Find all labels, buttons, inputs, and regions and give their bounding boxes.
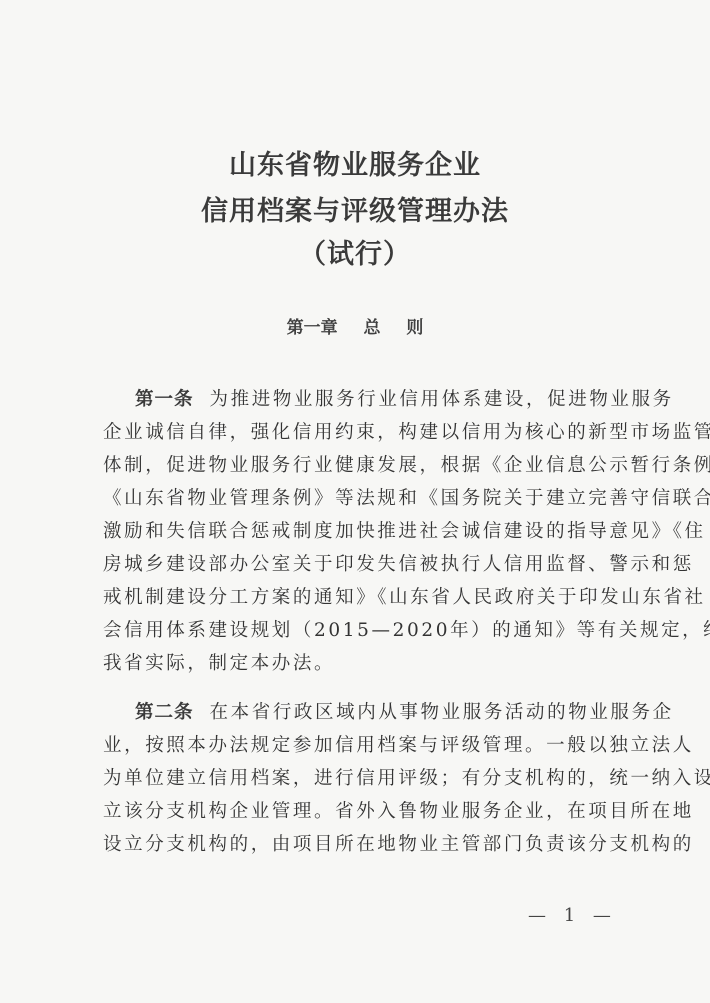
document-page: 山东省物业服务企业 信用档案与评级管理办法 （试行） 第一章 总 则 第一条为推… xyxy=(0,0,710,1003)
article-1-line-1: 第一条为推进物业服务行业信用体系建设，促进物业服务 xyxy=(135,385,655,415)
article-1-line-2: 企业诚信自律，强化信用约束，构建以信用为核心的新型市场监管 xyxy=(103,418,623,448)
article-1-line-7: 戒机制建设分工方案的通知》《山东省人民政府关于印发山东省社 xyxy=(103,583,623,613)
article-1-line-9: 我省实际，制定本办法。 xyxy=(103,649,623,679)
article-1-line-4: 《山东省物业管理条例》等法规和《国务院关于建立完善守信联合 xyxy=(103,484,623,514)
page-number: — 1 — xyxy=(528,905,617,926)
article-1-line-3: 体制，促进物业服务行业健康发展，根据《企业信息公示暂行条例》 xyxy=(103,451,623,481)
chapter-name-part-1: 总 xyxy=(364,318,381,338)
article-2-line-4: 立该分支机构企业管理。省外入鲁物业服务企业，在项目所在地 xyxy=(103,797,623,827)
chapter-heading: 第一章 总 则 xyxy=(0,313,710,338)
article-2-line-2: 业，按照本办法规定参加信用档案与评级管理。一般以独立法人 xyxy=(103,731,623,761)
document-title-line-3: （试行） xyxy=(0,232,710,271)
article-1-line-8: 会信用体系建设规划（2015—2020年）的通知》等有关规定，结合 xyxy=(103,616,623,646)
article-2-line-3: 为单位建立信用档案，进行信用评级；有分支机构的，统一纳入设 xyxy=(103,764,623,794)
article-1-label: 第一条 xyxy=(135,389,194,410)
article-2-label: 第二条 xyxy=(135,702,194,723)
article-text: 为推进物业服务行业信用体系建设，促进物业服务 xyxy=(210,389,674,410)
article-1-line-6: 房城乡建设部办公室关于印发失信被执行人信用监督、警示和惩 xyxy=(103,550,623,580)
article-2-line-1: 第二条在本省行政区域内从事物业服务活动的物业服务企 xyxy=(135,698,655,728)
article-2-line-5: 设立分支机构的，由项目所在地物业主管部门负责该分支机构的 xyxy=(103,830,623,860)
article-text: 在本省行政区域内从事物业服务活动的物业服务企 xyxy=(210,702,674,723)
chapter-name-part-2: 则 xyxy=(406,318,423,338)
document-title-line-1: 山东省物业服务企业 xyxy=(0,143,710,182)
document-title-line-2: 信用档案与评级管理办法 xyxy=(0,189,710,228)
chapter-number: 第一章 xyxy=(287,318,338,338)
article-1-line-5: 激励和失信联合惩戒制度加快推进社会诚信建设的指导意见》《住 xyxy=(103,517,623,547)
